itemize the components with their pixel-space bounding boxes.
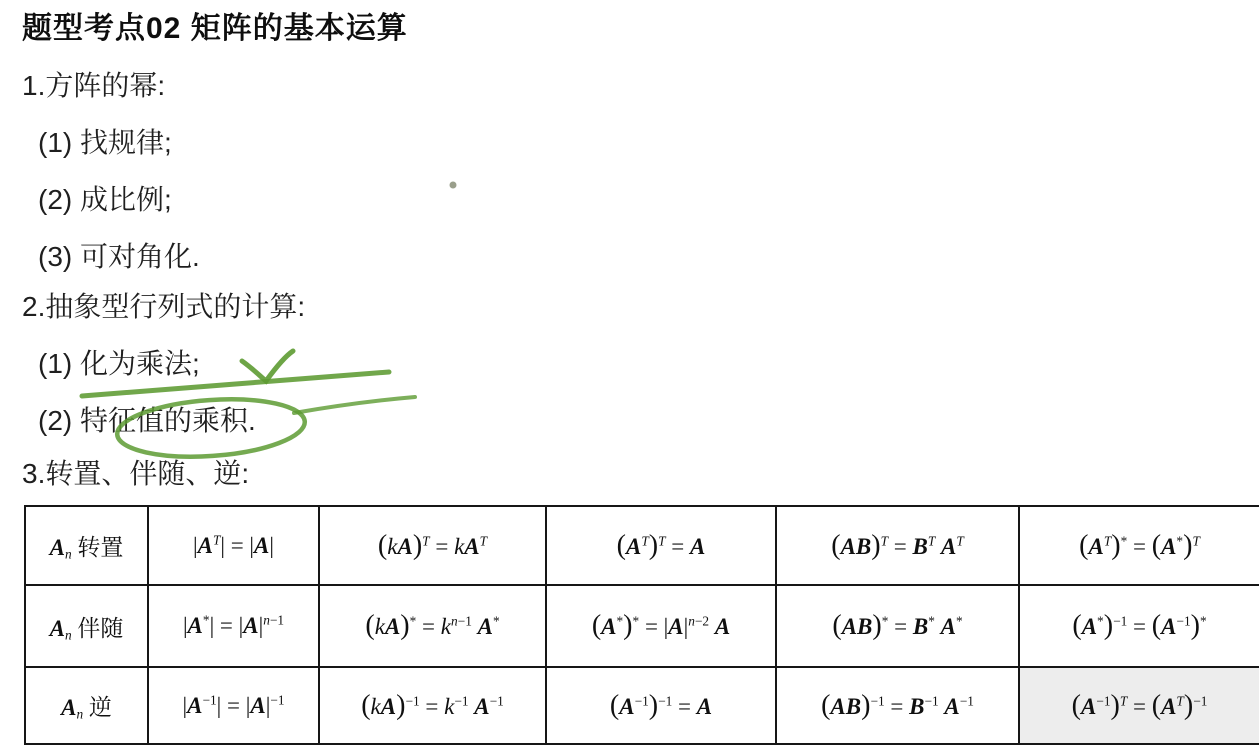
row-label-transpose: An 转置 — [50, 529, 124, 562]
section-1-item-1: (1) 找规律; — [38, 127, 172, 159]
section-2-heading: 2.抽象型行列式的计算: — [22, 291, 305, 323]
formula-cell: (kA)* = kn−1 A* — [365, 610, 499, 642]
section-2-item-1: (1) 化为乘法; — [38, 348, 200, 380]
formula-cell: (A−1)−1 = A — [610, 690, 712, 722]
formula-cell: |A−1| = |A|−1 — [183, 693, 285, 719]
section-2-item-2: (2) 特征值的乘积. — [38, 405, 256, 437]
formula-cell: |A*| = |A|n−1 — [183, 613, 284, 639]
formula-cell: (AT)* = (A*)T — [1079, 530, 1200, 562]
formula-cell: (AB)* = B* A* — [832, 610, 962, 642]
page-title: 题型考点02 矩阵的基本运算 — [22, 12, 408, 47]
formula-cell: (kA)−1 = k−1 A−1 — [361, 690, 504, 722]
section-1-item-3: (3) 可对角化. — [38, 241, 200, 273]
row-label-inverse: An 逆 — [61, 689, 112, 722]
formula-cell: (AB)T = BT AT — [831, 530, 964, 562]
formula-cell: (A−1)T = (AT)−1 — [1072, 690, 1208, 722]
row-label-adjugate: An 伴随 — [50, 610, 124, 643]
formula-table: An 转置 |AT| = |A| (kA)T = kAT (AT)T = A (… — [24, 505, 1259, 745]
section-3-heading: 3.转置、伴随、逆: — [22, 458, 249, 490]
clipped-footer-text: 更多课程请关注微信公众号【线代考研】 — [592, 743, 1192, 751]
formula-cell: (AT)T = A — [617, 530, 706, 562]
formula-cell: (A*)* = |A|n−2 A — [592, 610, 730, 642]
formula-cell: (AB)−1 = B−1 A−1 — [821, 690, 974, 722]
stray-dot-icon — [450, 182, 457, 189]
green-checkmark-annotation — [242, 351, 293, 381]
section-1-heading: 1.方阵的幂: — [22, 70, 165, 102]
formula-cell: (A*)−1 = (A−1)* — [1072, 610, 1206, 642]
section-1-item-2: (2) 成比例; — [38, 184, 172, 216]
formula-cell: (kA)T = kAT — [378, 530, 487, 562]
formula-cell: |AT| = |A| — [193, 533, 274, 559]
green-tail-annotation — [294, 397, 415, 413]
